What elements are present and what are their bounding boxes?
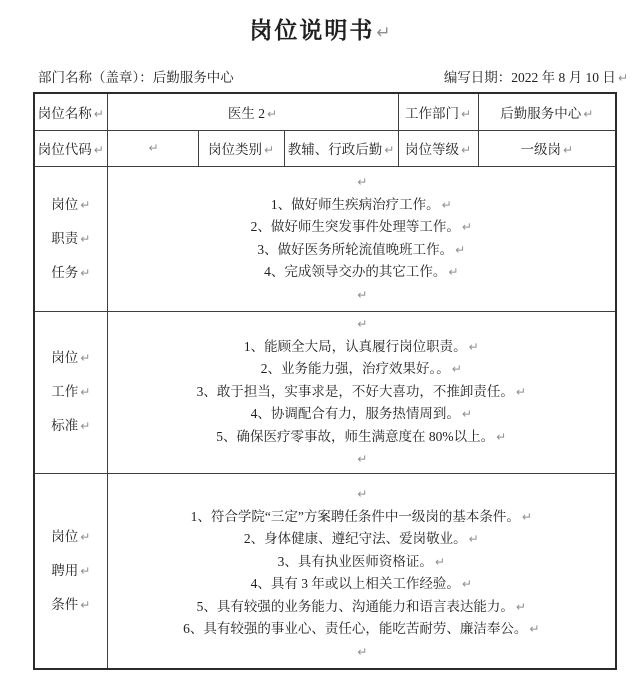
- paragraph-mark-icon: ↵: [529, 622, 539, 636]
- list-item-text: 4、完成领导交办的其它工作。: [264, 264, 446, 279]
- paragraph-mark-icon: ↵: [357, 288, 367, 302]
- paragraph-mark-icon: ↵: [384, 143, 394, 157]
- position-level-value: 一级岗: [521, 142, 562, 157]
- cell-work-standards-label: 岗位↵ 工作↵ 标准↵: [34, 311, 107, 473]
- paragraph-mark-icon: ↵: [80, 385, 90, 399]
- list-item: 4、协调配合有力，服务热情周到。↵: [108, 403, 616, 426]
- paragraph-mark-icon: ↵: [516, 600, 526, 614]
- list-item: 2、做好师生突发事件处理等工作。↵: [108, 216, 616, 239]
- row-position-code: 岗位代码↵ ↵ 岗位类别↵ 教辅、行政后勤↵ 岗位等级↵ 一级岗↵: [34, 130, 616, 166]
- empty-line: ↵: [108, 483, 616, 506]
- cell-work-department-label: 工作部门↵: [398, 93, 478, 130]
- paragraph-mark-icon: ↵: [452, 362, 462, 376]
- cell-position-category-label: 岗位类别↵: [198, 130, 284, 166]
- row-work-standards: 岗位↵ 工作↵ 标准↵ ↵ 1、能顾全大局，认真履行岗位职责。↵ 2、业务能力强…: [34, 311, 616, 473]
- paragraph-mark-icon: ↵: [94, 107, 104, 121]
- list-item-text: 3、具有执业医师资格证。: [278, 554, 433, 569]
- label-text: 职责: [51, 231, 78, 246]
- paragraph-mark-icon: ↵: [357, 645, 367, 659]
- cell-duties-label: 岗位↵ 职责↵ 任务↵: [34, 166, 107, 311]
- row-position-name: 岗位名称↵ 医生 2↵ 工作部门↵ 后勤服务中心↵: [34, 93, 616, 130]
- work-department-label: 工作部门: [405, 106, 459, 121]
- list-item: 5、具有较强的业务能力、沟通能力和语言表达能力。↵: [108, 596, 616, 619]
- cell-duties-content: ↵ 1、做好师生疾病治疗工作。↵ 2、做好师生突发事件处理等工作。↵ 3、做好医…: [107, 166, 616, 311]
- section-label-line: 职责↵: [35, 222, 107, 256]
- paragraph-mark-icon: ↵: [435, 555, 445, 569]
- row-employment-conditions: 岗位↵ 聘用↵ 条件↵ ↵ 1、符合学院“三定”方案聘任条件中一级岗的基本条件。…: [34, 473, 616, 669]
- list-item: 3、做好医务所轮流值晚班工作。↵: [108, 239, 616, 262]
- position-category-value: 教辅、行政后勤: [288, 142, 383, 157]
- position-category-label: 岗位类别: [208, 142, 262, 157]
- cell-work-standards-content: ↵ 1、能顾全大局，认真履行岗位职责。↵ 2、业务能力强，治疗效果好。。↵ 3、…: [107, 311, 616, 473]
- paragraph-mark-icon: ↵: [469, 340, 479, 354]
- list-item: 2、业务能力强，治疗效果好。。↵: [108, 358, 616, 381]
- empty-line: ↵: [108, 641, 616, 664]
- document-page: 岗位说明书↵ 部门名称（盖章）：后勤服务中心 编写日期：2022 年 8 月 1…: [0, 0, 640, 689]
- paragraph-mark-icon: ↵: [264, 143, 274, 157]
- paragraph-mark-icon: ↵: [376, 23, 390, 43]
- section-label-line: 岗位↵: [35, 341, 107, 375]
- paragraph-mark-icon: ↵: [462, 407, 472, 421]
- list-item-text: 3、做好医务所轮流值晚班工作。: [257, 242, 453, 257]
- paragraph-mark-icon: ↵: [80, 564, 90, 578]
- list-item: 5、确保医疗零事故，师生满意度在 80%以上。↵: [108, 426, 616, 449]
- paragraph-mark-icon: ↵: [80, 530, 90, 544]
- paragraph-mark-icon: ↵: [80, 232, 90, 246]
- list-item-text: 4、协调配合有力，服务热情周到。: [251, 406, 460, 421]
- section-label-line: 岗位↵: [35, 188, 107, 222]
- list-item-text: 1、做好师生疾病治疗工作。: [271, 197, 440, 212]
- list-item: 3、敢于担当，实事求是，不好大喜功，不推卸责任。↵: [108, 381, 616, 404]
- page-title-text: 岗位说明书: [249, 18, 374, 43]
- paragraph-mark-icon: ↵: [461, 107, 471, 121]
- list-item: 1、做好师生疾病治疗工作。↵: [108, 194, 616, 217]
- paragraph-mark-icon: ↵: [94, 143, 104, 157]
- work-department-value: 后勤服务中心: [500, 106, 581, 121]
- list-item: 4、完成领导交办的其它工作。↵: [108, 261, 616, 284]
- paragraph-mark-icon: ↵: [462, 577, 472, 591]
- label-text: 聘用: [51, 563, 78, 578]
- paragraph-mark-icon: ↵: [462, 220, 472, 234]
- page-title: 岗位说明书↵: [0, 0, 640, 45]
- paragraph-mark-icon: ↵: [357, 452, 367, 466]
- paragraph-mark-icon: ↵: [80, 419, 90, 433]
- paragraph-mark-icon: ↵: [80, 598, 90, 612]
- list-item-text: 6、具有较强的事业心、责任心，能吃苦耐劳、廉洁奉公。: [183, 621, 527, 636]
- section-label-line: 标准↵: [35, 409, 107, 443]
- list-item-text: 2、做好师生突发事件处理等工作。: [251, 219, 460, 234]
- label-text: 岗位: [51, 529, 78, 544]
- empty-line: ↵: [108, 284, 616, 307]
- paragraph-mark-icon: ↵: [80, 351, 90, 365]
- list-item-text: 4、具有 3 年或以上相关工作经验。: [251, 576, 460, 591]
- list-item-text: 1、能顾全大局，认真履行岗位职责。: [244, 339, 467, 354]
- list-item: 6、具有较强的事业心、责任心，能吃苦耐劳、廉洁奉公。↵: [108, 618, 616, 641]
- meta-row: 部门名称（盖章）：后勤服务中心 编写日期：2022 年 8 月 10 日↵: [38, 66, 628, 86]
- list-item: 4、具有 3 年或以上相关工作经验。↵: [108, 573, 616, 596]
- empty-line: ↵: [108, 448, 616, 471]
- position-name-value: 医生 2: [228, 106, 265, 121]
- empty-line: ↵: [108, 171, 616, 194]
- position-name-label: 岗位名称: [38, 106, 92, 121]
- label-text: 任务: [51, 265, 78, 280]
- label-text: 工作: [51, 384, 78, 399]
- paragraph-mark-icon: ↵: [583, 107, 593, 121]
- paragraph-mark-icon: ↵: [442, 198, 452, 212]
- paragraph-mark-icon: ↵: [148, 141, 158, 155]
- list-item-text: 5、确保医疗零事故，师生满意度在 80%以上。: [216, 429, 494, 444]
- list-item: 3、具有执业医师资格证。↵: [108, 551, 616, 574]
- list-item-text: 5、具有较强的业务能力、沟通能力和语言表达能力。: [197, 599, 514, 614]
- cell-employment-conditions-content: ↵ 1、符合学院“三定”方案聘任条件中一级岗的基本条件。↵ 2、身体健康、遵纪守…: [107, 473, 616, 669]
- position-level-label: 岗位等级: [405, 142, 459, 157]
- label-text: 标准: [51, 418, 78, 433]
- list-item-text: 3、敢于担当，实事求是，不好大喜功，不推卸责任。: [197, 384, 514, 399]
- cell-position-level-value: 一级岗↵: [478, 130, 616, 166]
- paragraph-mark-icon: ↵: [461, 143, 471, 157]
- section-label-line: 条件↵: [35, 588, 107, 622]
- label-text: 条件: [51, 597, 78, 612]
- paragraph-mark-icon: ↵: [496, 430, 506, 444]
- job-description-table: 岗位名称↵ 医生 2↵ 工作部门↵ 后勤服务中心↵ 岗位代码↵ ↵ 岗位类别↵: [33, 92, 617, 670]
- list-item: 2、身体健康、遵纪守法、爱岗敬业。↵: [108, 528, 616, 551]
- cell-position-code-label: 岗位代码↵: [34, 130, 107, 166]
- cell-position-code-value: ↵: [107, 130, 198, 166]
- label-text: 岗位: [51, 197, 78, 212]
- section-label-line: 聘用↵: [35, 554, 107, 588]
- paragraph-mark-icon: ↵: [267, 107, 277, 121]
- cell-position-name-value: 医生 2↵: [107, 93, 398, 130]
- paragraph-mark-icon: ↵: [80, 198, 90, 212]
- label-text: 岗位: [51, 350, 78, 365]
- section-label-line: 任务↵: [35, 256, 107, 290]
- write-date: 编写日期：2022 年 8 月 10 日↵: [444, 66, 628, 86]
- paragraph-mark-icon: ↵: [80, 266, 90, 280]
- paragraph-mark-icon: ↵: [563, 143, 573, 157]
- list-item: 1、能顾全大局，认真履行岗位职责。↵: [108, 336, 616, 359]
- paragraph-mark-icon: ↵: [357, 175, 367, 189]
- cell-position-category-value: 教辅、行政后勤↵: [284, 130, 398, 166]
- section-label-line: 工作↵: [35, 375, 107, 409]
- paragraph-mark-icon: ↵: [516, 385, 526, 399]
- cell-employment-conditions-label: 岗位↵ 聘用↵ 条件↵: [34, 473, 107, 669]
- empty-line: ↵: [108, 313, 616, 336]
- cell-work-department-value: 后勤服务中心↵: [478, 93, 616, 130]
- cell-position-name-label: 岗位名称↵: [34, 93, 107, 130]
- paragraph-mark-icon: ↵: [455, 243, 465, 257]
- list-item: 1、符合学院“三定”方案聘任条件中一级岗的基本条件。↵: [108, 506, 616, 529]
- paragraph-mark-icon: ↵: [357, 317, 367, 331]
- paragraph-mark-icon: ↵: [522, 510, 532, 524]
- department-name: 部门名称（盖章）：后勤服务中心: [38, 66, 234, 86]
- cell-position-level-label: 岗位等级↵: [398, 130, 478, 166]
- paragraph-mark-icon: ↵: [469, 532, 479, 546]
- list-item-text: 2、身体健康、遵纪守法、爱岗敬业。: [244, 531, 467, 546]
- paragraph-mark-icon: ↵: [357, 487, 367, 501]
- write-date-text: 编写日期：2022 年 8 月 10 日: [444, 70, 616, 85]
- position-code-label: 岗位代码: [38, 142, 92, 157]
- list-item-text: 1、符合学院“三定”方案聘任条件中一级岗的基本条件。: [191, 509, 520, 524]
- section-label-line: 岗位↵: [35, 520, 107, 554]
- paragraph-mark-icon: ↵: [618, 71, 628, 85]
- row-duties: 岗位↵ 职责↵ 任务↵ ↵ 1、做好师生疾病治疗工作。↵ 2、做好师生突发事件处…: [34, 166, 616, 311]
- paragraph-mark-icon: ↵: [448, 265, 458, 279]
- list-item-text: 2、业务能力强，治疗效果好。。: [261, 361, 450, 376]
